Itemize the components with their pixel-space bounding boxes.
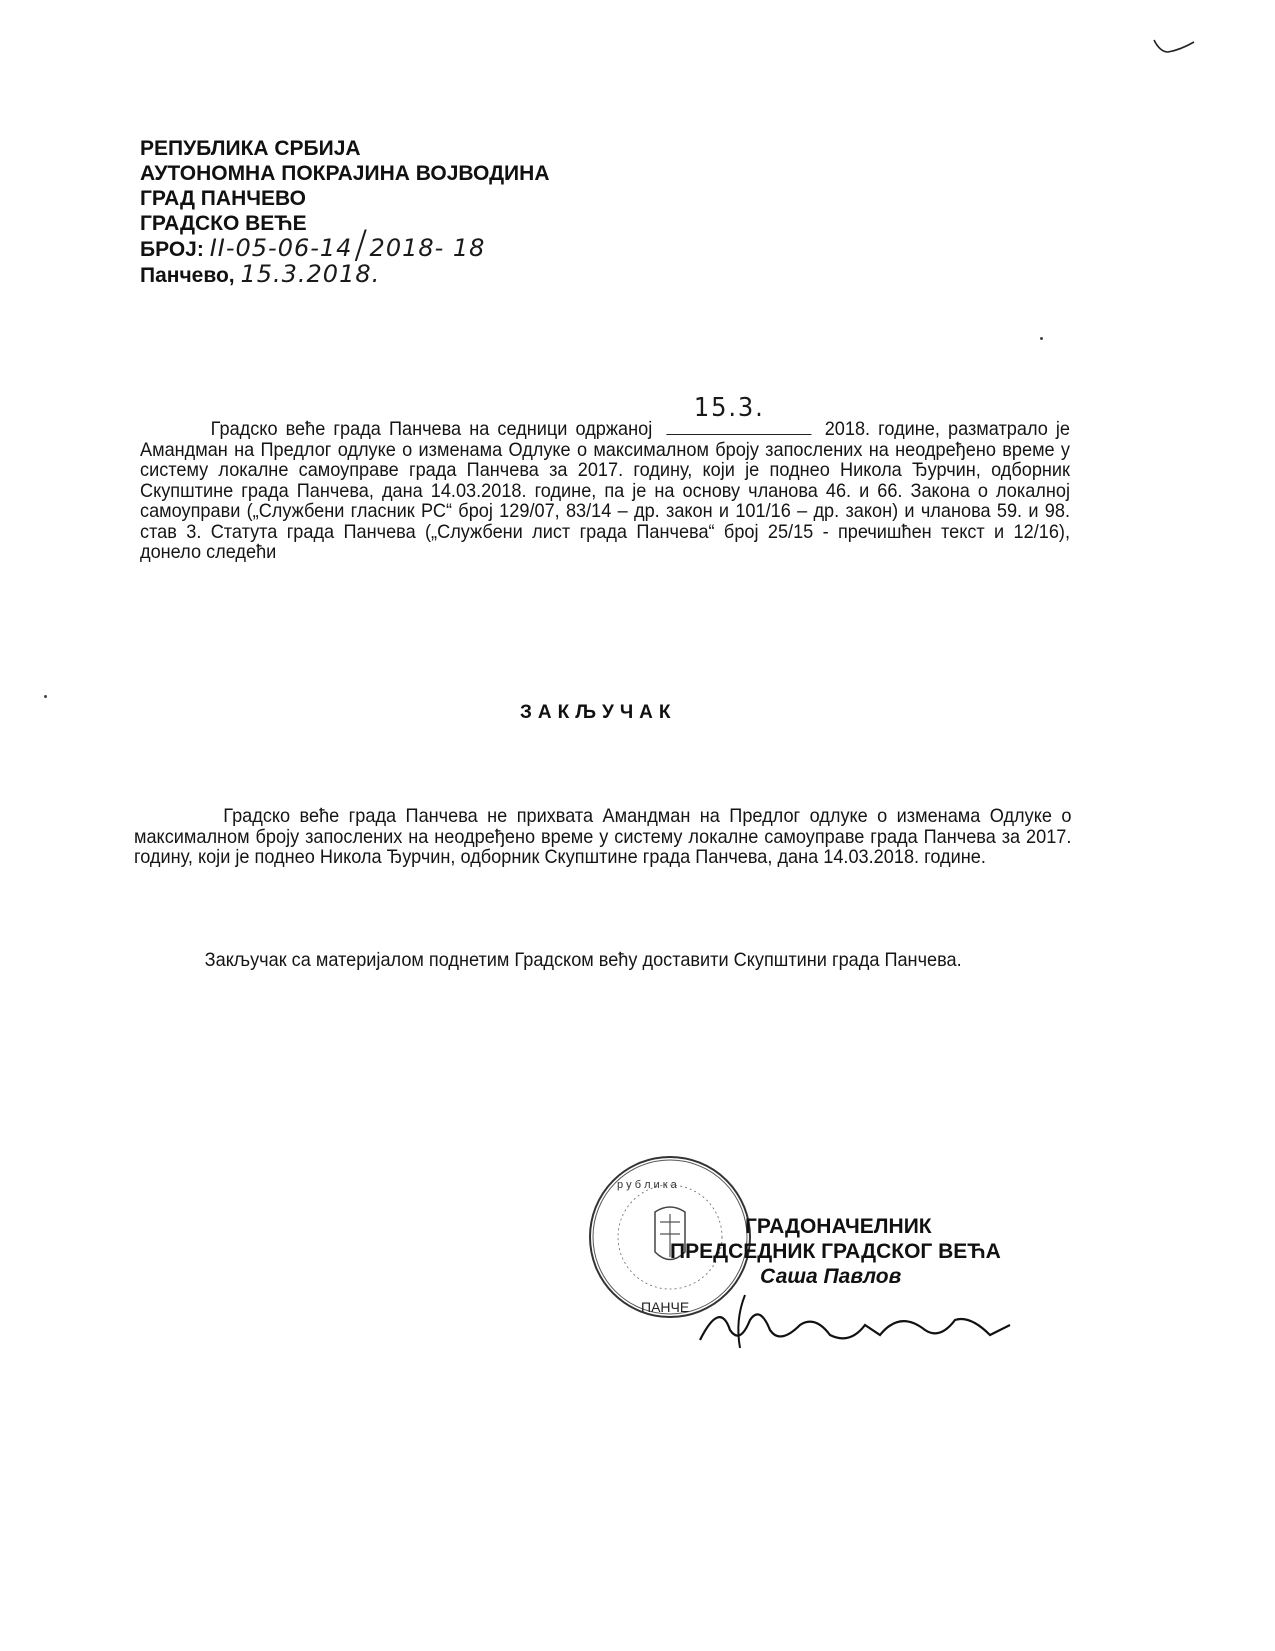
svg-text:ПАНЧЕ: ПАНЧЕ: [641, 1299, 689, 1315]
header-place-date: Панчево, 15.3.2018.: [140, 262, 549, 288]
scan-speck: [1040, 337, 1043, 340]
signatory-title-mayor: ГРАДОНАЧЕЛНИК: [660, 1214, 1001, 1239]
intro-text-before-date: Градско веће града Панчева на седници од…: [211, 418, 653, 440]
number-slash: /: [356, 225, 365, 265]
conclusion-paragraph: Градско веће града Панчева не прихвата А…: [134, 806, 1071, 868]
intro-paragraph: Градско веће града Панчева на седници од…: [140, 416, 1070, 563]
signatory-name: Саша Павлов: [660, 1264, 1001, 1289]
header-province: АУТОНОМНА ПОКРАЈИНА ВОЈВОДИНА: [140, 161, 549, 186]
header-number: БРОЈ: II-05-06-14/2018- 18: [140, 236, 549, 262]
header-city: ГРАД ПАНЧЕВО: [140, 186, 549, 211]
handwritten-signature-icon: [690, 1290, 1030, 1350]
number-handwritten-year: 2018- 18: [370, 234, 486, 262]
document-title: ЗАКЉУЧАК: [520, 702, 677, 724]
session-date-handwritten: 15.3.: [694, 398, 765, 419]
scan-speck: [44, 695, 47, 698]
signatory-title-president: ПРЕДСЕДНИК ГРАДСКОГ ВЕЋА: [660, 1239, 1001, 1264]
session-date-field: 15.3.: [666, 416, 811, 435]
delivery-text: Закључак са материјалом поднетим Градско…: [205, 949, 962, 971]
check-mark-icon: [1150, 30, 1200, 60]
svg-text:р у б л и к а: р у б л и к а: [617, 1179, 678, 1191]
document-header: РЕПУБЛИКА СРБИЈА АУТОНОМНА ПОКРАЈИНА ВОЈ…: [140, 136, 549, 288]
number-label: БРОЈ:: [140, 238, 204, 261]
conclusion-text: Градско веће града Панчева не прихвата А…: [134, 805, 1071, 868]
delivery-paragraph: Закључак са материјалом поднетим Градско…: [134, 950, 1073, 971]
header-council: ГРАДСКО ВЕЋЕ: [140, 211, 549, 236]
intro-text-after-date: 2018. године, разматрало је Амандман на …: [140, 418, 1070, 563]
document-page: РЕПУБЛИКА СРБИЈА АУТОНОМНА ПОКРАЈИНА ВОЈ…: [0, 0, 1275, 1651]
place-label: Панчево,: [140, 264, 235, 287]
header-republic: РЕПУБЛИКА СРБИЈА: [140, 136, 549, 161]
number-handwritten: II-05-06-14: [210, 234, 353, 262]
signature-block: ГРАДОНАЧЕЛНИК ПРЕДСЕДНИК ГРАДСКОГ ВЕЋА С…: [660, 1214, 1001, 1289]
